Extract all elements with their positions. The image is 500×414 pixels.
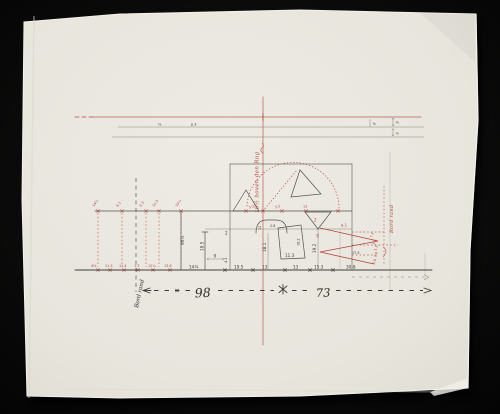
right-value-175: 17.5 (352, 251, 360, 255)
baseline-value: 30-8 (346, 265, 356, 270)
left-bottom-value: 13.6 (164, 264, 172, 268)
paper-surface (22, 10, 478, 398)
baseline-value: 14¼ (189, 265, 198, 270)
mid-value-9: 9 (214, 254, 217, 259)
left-bottom-value: 4½ (91, 264, 97, 268)
left-bottom-value: 1.3 (134, 264, 139, 268)
photo-scene: ⅛ p.3 ⅛ ⅛ ⅞ 10½ boven den Rug (0, 0, 500, 414)
mid-value-181: 18.1 (262, 242, 267, 252)
mid-value-162: 16.2 (297, 238, 301, 246)
left-bottom-value: 11.4 (119, 264, 127, 268)
right-value-41: 4.1 (340, 222, 347, 228)
mid-value-10: 10 (258, 226, 262, 230)
baseline-value: 13 (262, 265, 268, 270)
mid-value-42: 4.2 (224, 258, 228, 263)
ruler-p3-label: p.3 (191, 123, 196, 127)
dim-left-value: 98 (194, 285, 211, 301)
left-bottom-value: 12¼ (148, 264, 156, 268)
left-height-label: 96¼ (180, 236, 185, 245)
mid-value-192: 19.2 (312, 243, 317, 253)
baseline-value: 13 (293, 265, 299, 270)
mid-value-28: 2.8 (270, 224, 275, 228)
baseline-value: 19.5 (234, 265, 244, 270)
mid-value-2: 2 (225, 231, 228, 236)
right-red-note: Bord rand (389, 205, 395, 234)
mid-value-185: 18.5 (200, 241, 205, 251)
sketch-drawing: ⅛ p.3 ⅛ ⅛ ⅞ 10½ boven den Rug (0, 0, 500, 414)
baseline-value: 15.3 (314, 265, 324, 270)
mid-value-113: 11.3 (285, 253, 295, 258)
dim-right-value: 73 (316, 285, 331, 300)
arc-value-r13: 13 (303, 205, 307, 209)
left-bottom-value: 11.3 (105, 264, 113, 268)
